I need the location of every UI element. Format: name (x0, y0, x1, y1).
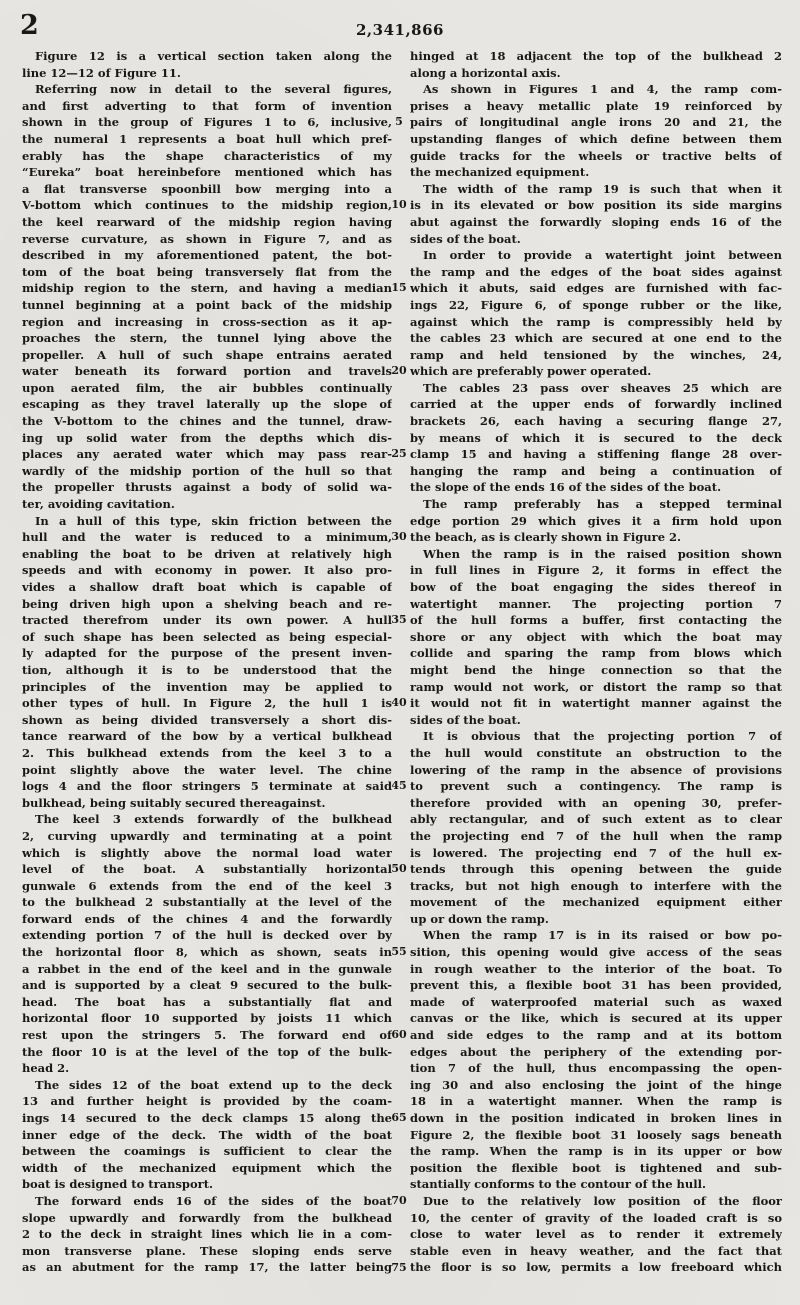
text-line: described in my aforementioned patent, t… (22, 247, 392, 264)
text-line: being driven high upon a shelving beach … (22, 596, 392, 613)
text-line: carried at the upper ends of forwardly i… (410, 396, 782, 413)
text-line: gunwale 6 extends from the end of the ke… (22, 878, 392, 895)
text-line: sition, this opening would give access o… (410, 944, 782, 961)
paragraph: Due to the relatively low position of th… (410, 1193, 782, 1276)
patent-page: 2 2,341,866 Figure 12 is a vertical sect… (0, 0, 800, 1305)
gutter-line-number: 40 (388, 695, 410, 712)
text-line: tunnel beginning at a point back of the … (22, 297, 392, 314)
text-line: the numeral 1 represents a boat hull whi… (22, 131, 392, 148)
text-line: down in the position indicated in broken… (410, 1110, 782, 1127)
text-line: stantially conforms to the contour of th… (410, 1176, 782, 1193)
text-line: pairs of longitudinal angle irons 20 and… (410, 114, 782, 131)
text-line: logs 4 and the floor stringers 5 termina… (22, 778, 392, 795)
text-line: 10, the center of gravity of the loaded … (410, 1210, 782, 1227)
text-line: clamp 15 and having a stiffening flange … (410, 446, 782, 463)
text-line: In a hull of this type, skin friction be… (22, 513, 392, 530)
text-line: line 12—12 of Figure 11. (22, 65, 392, 82)
text-line: tance rearward of the bow by a vertical … (22, 728, 392, 745)
text-line: V-bottom which continues to the midship … (22, 197, 392, 214)
text-line: the keel rearward of the midship region … (22, 214, 392, 231)
text-line: which it abuts, said edges are furnished… (410, 280, 782, 297)
text-line: Figure 12 is a vertical section taken al… (22, 48, 392, 65)
patent-number: 2,341,866 (0, 21, 800, 39)
text-line: speeds and with economy in power. It als… (22, 562, 392, 579)
paragraph: When the ramp 17 is in its raised or bow… (410, 927, 782, 1193)
text-line: is in its elevated or bow position its s… (410, 197, 782, 214)
text-line: shown in the group of Figures 1 to 6, in… (22, 114, 392, 131)
paragraph: The forward ends 16 of the sides of the … (22, 1193, 392, 1276)
text-line: the horizontal floor 8, which as shown, … (22, 944, 392, 961)
text-line: the floor 10 is at the level of the top … (22, 1044, 392, 1061)
paragraph: When the ramp is in the raised position … (410, 546, 782, 729)
text-line: close to water level as to render it ext… (410, 1226, 782, 1243)
text-line: made of waterproofed material such as wa… (410, 994, 782, 1011)
gutter-line-number: 35 (388, 612, 410, 629)
text-line: might bend the hinge connection so that … (410, 662, 782, 679)
text-line: lowering of the ramp in the absence of p… (410, 762, 782, 779)
text-line: The keel 3 extends forwardly of the bulk… (22, 811, 392, 828)
text-line: which is slightly above the normal load … (22, 845, 392, 862)
text-line: When the ramp 17 is in its raised or bow… (410, 927, 782, 944)
paragraph: It is obvious that the projecting portio… (410, 728, 782, 927)
paragraph: The keel 3 extends forwardly of the bulk… (22, 811, 392, 1077)
text-line: In order to provide a watertight joint b… (410, 247, 782, 264)
text-line: the slope of the ends 16 of the sides of… (410, 479, 782, 496)
text-line: prises a heavy metallic plate 19 reinfor… (410, 98, 782, 115)
paragraph: In a hull of this type, skin friction be… (22, 513, 392, 812)
text-line: tracks, but not high enough to interfere… (410, 878, 782, 895)
text-line: point slightly above the water level. Th… (22, 762, 392, 779)
text-line: the ramp. When the ramp is in its upper … (410, 1143, 782, 1160)
gutter-line-number: 75 (388, 1260, 410, 1277)
text-line: stable even in heavy weather, and the fa… (410, 1243, 782, 1260)
text-line: ramp would not work, or distort the ramp… (410, 679, 782, 696)
text-line: ly adapted for the purpose of the presen… (22, 645, 392, 662)
text-line: forward ends of the chines 4 and the for… (22, 911, 392, 928)
gutter-line-number: 50 (388, 861, 410, 878)
text-line: level of the boat. A substantially horiz… (22, 861, 392, 878)
text-line: in rough weather to the interior of the … (410, 961, 782, 978)
text-line: Due to the relatively low position of th… (410, 1193, 782, 1210)
text-line: it would not fit in watertight manner ag… (410, 695, 782, 712)
text-line: places any aerated water which may pass … (22, 446, 392, 463)
gutter-line-number: 20 (388, 363, 410, 380)
text-line: which are preferably power operated. (410, 363, 782, 380)
text-line: The forward ends 16 of the sides of the … (22, 1193, 392, 1210)
paragraph: Figure 12 is a vertical section taken al… (22, 48, 392, 81)
text-line: tom of the boat being transversely flat … (22, 264, 392, 281)
text-line: is lowered. The projecting end 7 of the … (410, 845, 782, 862)
text-line: 2, curving upwardly and terminating at a… (22, 828, 392, 845)
text-line: erably has the shape characteristics of … (22, 148, 392, 165)
text-line: ing up solid water from the depths which… (22, 430, 392, 447)
text-line: against which the ramp is compressibly h… (410, 314, 782, 331)
text-line: horizontal floor 10 supported by joists … (22, 1010, 392, 1027)
text-line: The sides 12 of the boat extend up to th… (22, 1077, 392, 1094)
text-line: tends through this opening between the g… (410, 861, 782, 878)
text-line: ing 30 and also enclosing the joint of t… (410, 1077, 782, 1094)
text-line: collide and sparing the ramp from blows … (410, 645, 782, 662)
text-line: and side edges to the ramp and at its bo… (410, 1027, 782, 1044)
text-line: escaping as they travel laterally up the… (22, 396, 392, 413)
text-line: head 2. (22, 1060, 392, 1077)
text-line: bulkhead, being suitably secured thereag… (22, 795, 392, 812)
left-text-column: Figure 12 is a vertical section taken al… (22, 48, 392, 1276)
right-text-column: hinged at 18 adjacent the top of the bul… (410, 48, 782, 1276)
text-line: brackets 26, each having a securing flan… (410, 413, 782, 430)
gutter-line-number: 45 (388, 778, 410, 795)
text-line: As shown in Figures 1 and 4, the ramp co… (410, 81, 782, 98)
text-line: to the bulkhead 2 substantially at the l… (22, 894, 392, 911)
text-line: head. The boat has a substantially flat … (22, 994, 392, 1011)
text-line: therefore provided with an opening 30, p… (410, 795, 782, 812)
text-line: the ramp and the edges of the boat sides… (410, 264, 782, 281)
text-line: rest upon the stringers 5. The forward e… (22, 1027, 392, 1044)
text-line: abut against the forwardly sloping ends … (410, 214, 782, 231)
text-line: prevent this, a flexible boot 31 has bee… (410, 977, 782, 994)
text-line: Referring now in detail to the several f… (22, 81, 392, 98)
text-line: upon aerated film, the air bubbles conti… (22, 380, 392, 397)
gutter-line-number: 60 (388, 1027, 410, 1044)
gutter-line-number: 10 (388, 197, 410, 214)
text-line: and first adverting to that form of inve… (22, 98, 392, 115)
text-line: edges about the periphery of the extendi… (410, 1044, 782, 1061)
text-line: When the ramp is in the raised position … (410, 546, 782, 563)
paragraph: The ramp preferably has a stepped termin… (410, 496, 782, 546)
gutter-line-number: 70 (388, 1193, 410, 1210)
text-line: position the flexible boot is tightened … (410, 1160, 782, 1177)
text-line: It is obvious that the projecting portio… (410, 728, 782, 745)
text-line: to prevent such a contingency. The ramp … (410, 778, 782, 795)
text-line: extending portion 7 of the hull is decke… (22, 927, 392, 944)
text-line: other types of hull. In Figure 2, the hu… (22, 695, 392, 712)
text-line: in full lines in Figure 2, it forms in e… (410, 562, 782, 579)
text-line: upstanding flanges of which define betwe… (410, 131, 782, 148)
text-line: the projecting end 7 of the hull when th… (410, 828, 782, 845)
text-line: The width of the ramp 19 is such that wh… (410, 181, 782, 198)
text-line: propeller. A hull of such shape entrains… (22, 347, 392, 364)
text-line: shown as being divided transversely a sh… (22, 712, 392, 729)
text-line: water beneath its forward portion and tr… (22, 363, 392, 380)
text-line: 2 to the deck in straight lines which li… (22, 1226, 392, 1243)
text-line: vides a shallow draft boat which is capa… (22, 579, 392, 596)
text-line: slope upwardly and forwardly from the bu… (22, 1210, 392, 1227)
text-line: along a horizontal axis. (410, 65, 782, 82)
text-line: sides of the boat. (410, 712, 782, 729)
text-line: principles of the invention may be appli… (22, 679, 392, 696)
text-line: The ramp preferably has a stepped termin… (410, 496, 782, 513)
text-line: tion, although it is to be understood th… (22, 662, 392, 679)
gutter-line-number: 25 (388, 446, 410, 463)
text-line: hull and the water is reduced to a minim… (22, 529, 392, 546)
text-line: midship region to the stern, and having … (22, 280, 392, 297)
text-line: by means of which it is secured to the d… (410, 430, 782, 447)
text-line: reverse curvature, as shown in Figure 7,… (22, 231, 392, 248)
text-line: the beach, as is clearly shown in Figure… (410, 529, 782, 546)
text-line: movement of the mechanized equipment eit… (410, 894, 782, 911)
text-line: the floor is so low, permits a low freeb… (410, 1259, 782, 1276)
line-number-gutter: 51015202530354045505560657075 (388, 48, 410, 1288)
text-line: between the coamings is sufficient to cl… (22, 1143, 392, 1160)
text-line: hanging the ramp and being a continuatio… (410, 463, 782, 480)
text-line: region and increasing in cross-section a… (22, 314, 392, 331)
text-line: ramp and held tensioned by the winches, … (410, 347, 782, 364)
text-line: the cables 23 which are secured at one e… (410, 330, 782, 347)
text-line: ings 22, Figure 6, of sponge rubber or t… (410, 297, 782, 314)
text-line: The cables 23 pass over sheaves 25 which… (410, 380, 782, 397)
text-line: shore or any object with which the boat … (410, 629, 782, 646)
paragraph: Referring now in detail to the several f… (22, 81, 392, 512)
text-line: bow of the boat engaging the sides there… (410, 579, 782, 596)
text-line: 2. This bulkhead extends from the keel 3… (22, 745, 392, 762)
paragraph: The width of the ramp 19 is such that wh… (410, 181, 782, 247)
text-line: ably rectangular, and of such extent as … (410, 811, 782, 828)
text-line: enabling the boat to be driven at relati… (22, 546, 392, 563)
text-line: sides of the boat. (410, 231, 782, 248)
text-line: tracted therefrom under its own power. A… (22, 612, 392, 629)
text-line: hinged at 18 adjacent the top of the bul… (410, 48, 782, 65)
text-line: 18 in a watertight manner. When the ramp… (410, 1093, 782, 1110)
text-line: the mechanized equipment. (410, 164, 782, 181)
text-line: of such shape has been selected as being… (22, 629, 392, 646)
text-line: wardly of the midship portion of the hul… (22, 463, 392, 480)
text-line: mon transverse plane. These sloping ends… (22, 1243, 392, 1260)
text-line: the propeller thrusts against a body of … (22, 479, 392, 496)
gutter-line-number: 15 (388, 280, 410, 297)
text-line: 13 and further height is provided by the… (22, 1093, 392, 1110)
text-line: as an abutment for the ramp 17, the latt… (22, 1259, 392, 1276)
text-line: inner edge of the deck. The width of the… (22, 1127, 392, 1144)
gutter-line-number: 65 (388, 1110, 410, 1127)
paragraph: In order to provide a watertight joint b… (410, 247, 782, 380)
text-line: width of the mechanized equipment which … (22, 1160, 392, 1177)
text-line: ings 14 secured to the deck clamps 15 al… (22, 1110, 392, 1127)
text-line: a flat transverse spoonbill bow merging … (22, 181, 392, 198)
paragraph: The cables 23 pass over sheaves 25 which… (410, 380, 782, 496)
text-line: ter, avoiding cavitation. (22, 496, 392, 513)
text-line: a rabbet in the end of the keel and in t… (22, 961, 392, 978)
text-line: watertight manner. The projecting portio… (410, 596, 782, 613)
paragraph: hinged at 18 adjacent the top of the bul… (410, 48, 782, 81)
text-line: tion 7 of the hull, thus encompassing th… (410, 1060, 782, 1077)
text-line: guide tracks for the wheels or tractive … (410, 148, 782, 165)
text-line: “Eureka” boat hereinbefore mentioned whi… (22, 164, 392, 181)
text-line: the hull would constitute an obstruction… (410, 745, 782, 762)
text-line: edge portion 29 which gives it a firm ho… (410, 513, 782, 530)
paragraph: As shown in Figures 1 and 4, the ramp co… (410, 81, 782, 181)
text-line: proaches the stern, the tunnel lying abo… (22, 330, 392, 347)
text-line: the V-bottom to the chines and the tunne… (22, 413, 392, 430)
text-line: and is supported by a cleat 9 secured to… (22, 977, 392, 994)
text-line: Figure 2, the flexible boot 31 loosely s… (410, 1127, 782, 1144)
gutter-line-number: 55 (388, 944, 410, 961)
gutter-line-number: 30 (388, 529, 410, 546)
gutter-line-number: 5 (388, 114, 410, 131)
text-line: up or down the ramp. (410, 911, 782, 928)
text-line: boat is designed to transport. (22, 1176, 392, 1193)
text-line: canvas or the like, which is secured at … (410, 1010, 782, 1027)
text-line: of the hull forms a buffer, first contac… (410, 612, 782, 629)
paragraph: The sides 12 of the boat extend up to th… (22, 1077, 392, 1193)
